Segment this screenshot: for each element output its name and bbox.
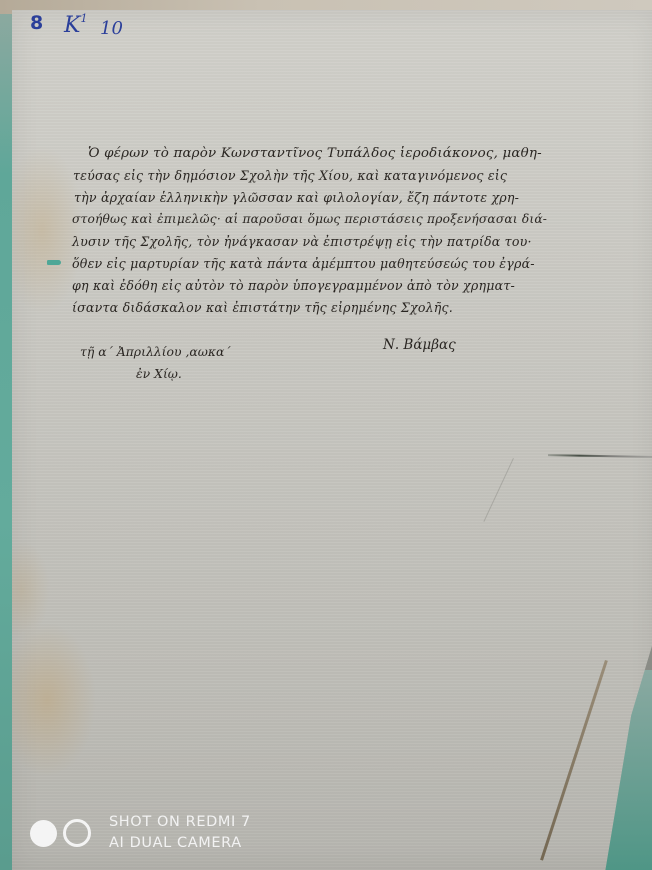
archive-folio-number: 10 <box>100 18 123 39</box>
watermark-line-1: SHOT ON REDMI 7 <box>109 812 251 833</box>
letter-line-6: ὅθεν εἰς μαρτυρίαν τῆς κατὰ πάντα ἀμέμπτ… <box>72 256 535 271</box>
archive-item-number: 8 <box>30 12 43 34</box>
letter-line-3: τὴν ἀρχαίαν ἑλληνικὴν γλῶσσαν καὶ φιλολο… <box>74 190 519 205</box>
letter-line-1: Ὁ φέρων τὸ παρὸν Κωνσταντῖνος Τυπάλδος ἱ… <box>88 146 542 161</box>
camera-watermark: SHOT ON REDMI 7 AI DUAL CAMERA <box>30 812 251 854</box>
document-photo: 8 K1 10 Ὁ φέρων τὸ παρὸν Κωνσταντῖνος Τυ… <box>0 0 652 870</box>
archive-collection-letter: K <box>64 13 80 38</box>
signature: Ν. Βάμβας <box>383 337 456 353</box>
filled-circle-icon <box>30 820 57 847</box>
paper-hole <box>47 260 61 265</box>
archive-collection-mark: K1 <box>64 12 87 38</box>
watermark-text: SHOT ON REDMI 7 AI DUAL CAMERA <box>109 812 251 854</box>
letter-line-4: στοήθως καὶ ἐπιμελῶς· αἱ παροῦσαι ὅμως π… <box>72 212 547 226</box>
manuscript-sheet <box>12 10 652 870</box>
watermark-line-2: AI DUAL CAMERA <box>109 833 251 854</box>
letter-line-5: λυσιν τῆς Σχολῆς, τὸν ἠνάγκασαν νὰ ἐπιστ… <box>72 234 532 249</box>
ring-circle-icon <box>63 819 91 847</box>
date-line: τῇ α΄ Ἀπριλλίου ,αωκα΄ <box>80 344 231 359</box>
letter-line-7: φη καὶ ἐδόθη εἰς αὐτὸν τὸ παρὸν ὑπογεγρα… <box>72 278 515 293</box>
place-line: ἐν Χίῳ. <box>136 366 182 381</box>
background-surface <box>0 0 14 870</box>
letter-line-8: ίσαντα διδάσκαλον καὶ ἐπιστάτην τῆς εἰρη… <box>72 300 453 315</box>
letter-line-2: τεύσας εἰς τὴν δημόσιον Σχολὴν τῆς Χίου,… <box>73 168 507 183</box>
archive-collection-superscript: 1 <box>80 12 87 25</box>
